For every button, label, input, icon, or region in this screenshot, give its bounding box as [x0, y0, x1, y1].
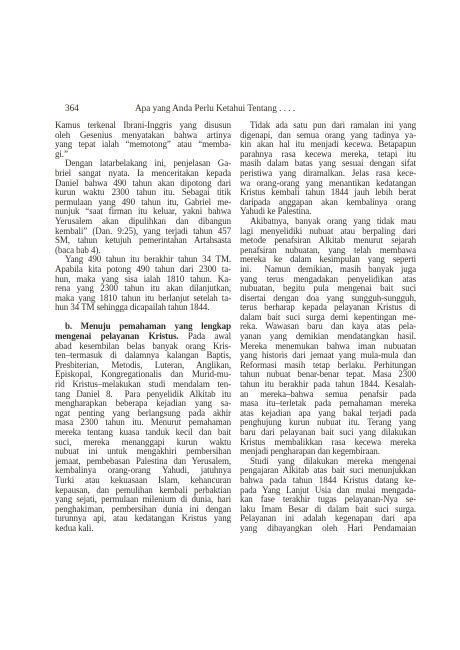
- page-header: 364Apa yang Anda Perlu Ketahui Tentang .…: [65, 103, 415, 114]
- book-page: 364Apa yang Anda Perlu Ketahui Tentang .…: [0, 0, 460, 650]
- text-line: ten–termasuk di dalamnya kalangan Baptis…: [55, 351, 231, 361]
- text-line: kepausan, dan pemulihan kembali perbakti…: [55, 486, 231, 496]
- text-line: Episkopal, Kongregationalis dan Murid-mu…: [55, 370, 231, 380]
- text-line: Yahudi ke Palestina.46: [240, 207, 416, 217]
- text-line: dalam bait suci surga demi kepentingan m…: [240, 313, 416, 323]
- text-line: kedua kali.45: [55, 524, 231, 534]
- text-line: (baca bab 4).42: [55, 246, 231, 256]
- text-line: SM, tahun ketujuh pemerintahan Artahsast…: [55, 236, 231, 246]
- page-number: 364: [65, 103, 135, 114]
- text-line: Mereka menemukan bahwa iman nubuatan: [240, 342, 416, 352]
- text-line: briel sangat nyata. Ia menceritakan kepa…: [55, 169, 231, 179]
- text-line: Kristus kembali tahun 1844 jauh lebih be…: [240, 188, 416, 198]
- text-line: mereka ke dalam kesimpulan yang seperti: [240, 255, 416, 265]
- text-line: Studi yang dilakukan mereka mengenai: [240, 457, 416, 467]
- paragraph: Tidak ada satu pun dari ramalan ini yang…: [240, 121, 416, 217]
- text-line: ini.47 Namun demikian, masih banyak juga: [240, 265, 416, 275]
- text-line: masih dalam batas yang sesuai dengan sif…: [240, 159, 416, 169]
- text-line: yang tepat ialah “memotong” atau “memba-: [55, 140, 231, 150]
- text-line: Pelayanan ini adalah kegenapan dari apa: [240, 514, 416, 524]
- text-line: hun, maka yang sisa ialah 1810 tahun. Ka…: [55, 275, 231, 285]
- text-line: hun 34 TM sehingga dicapailah tahun 1844…: [55, 303, 231, 313]
- left-column: Kamus terkenal Ibrani-Inggris yang disus…: [55, 121, 231, 534]
- text-line: kembalinya orang-orang Yahudi, jatuhnya: [55, 466, 231, 476]
- text-line: yang sejati, permulaan milenium di dunia…: [55, 495, 231, 505]
- paragraph: b. Menuju pemahaman yang lengkapmengenai…: [55, 322, 231, 533]
- text-line: kan fase terakhir tugas pelayanan-Nya se…: [240, 495, 416, 505]
- text-line: yang dibayangkan oleh Hari Pendamaian: [240, 524, 416, 534]
- text-line: masa 2300 tahun itu. Menurut pemahaman: [55, 418, 231, 428]
- text-line: yang historis dari jemaat yang mula-mula…: [240, 351, 416, 361]
- text-columns: Kamus terkenal Ibrani-Inggris yang disus…: [55, 121, 416, 534]
- text-line: lagi menyelidiki nubuat atau berpaling d…: [240, 227, 416, 237]
- text-line: nubuatan, begitu pula mengenai bait suci: [240, 284, 416, 294]
- text-line: pada Yang Lanjut Usia dan mulai mengada-: [240, 486, 416, 496]
- text-line: Yang 490 tahun itu berakhir tahun 34 TM.: [55, 255, 231, 265]
- paragraph: Studi yang dilakukan mereka mengenaipeng…: [240, 457, 416, 534]
- text-line: peristiwa yang diramalkan. Jelas rasa ke…: [240, 169, 416, 179]
- text-line: rid Kristus–melakukan studi mendalam ten…: [55, 380, 231, 390]
- text-line: permulaan yang 490 tahun itu, Gabriel me…: [55, 198, 231, 208]
- paragraph: Yang 490 tahun itu berakhir tahun 34 TM.…: [55, 255, 231, 313]
- text-line: laku Imam Besar di dalam bait suci surga…: [240, 505, 416, 515]
- text-line: maka yang 1810 tahun itu berlanjut setel…: [55, 294, 231, 304]
- text-line: Reformasi masih tetap berlaku. Perhitung…: [240, 361, 416, 371]
- text-line: baru dari pelayanan bait suci yang dilak…: [240, 428, 416, 438]
- text-line: mengenai pelayanan Kristus. Pada awal: [55, 332, 231, 342]
- text-line: penghujung kurun nubuat itu. Terang yang: [240, 418, 416, 428]
- text-line: an mereka–bahwa semua penafsir pada: [240, 390, 416, 400]
- text-line: nubuat ini untuk mengakhiri pembersihan: [55, 447, 231, 457]
- text-line: Kristus membalikkan rasa kecewa mereka: [240, 438, 416, 448]
- text-line: atas kejadian apa yang bakal terjadi pad…: [240, 409, 416, 419]
- right-column: Tidak ada satu pun dari ramalan ini yang…: [240, 121, 416, 534]
- text-line: tahun nubuat benar-benar tepat. Masa 230…: [240, 370, 416, 380]
- text-line: Dengan latarbelakang ini, penjelasan Ga-: [55, 159, 231, 169]
- text-line: menjadi pengharapan dan kegembiraan.48: [240, 447, 416, 457]
- running-title: Apa yang Anda Perlu Ketahui Tentang . . …: [135, 103, 295, 114]
- text-line: tang Daniel 8.44 Para penyelidik Alkitab…: [55, 390, 231, 400]
- text-line: rena yang 2300 tahun itu akan dilanjutka…: [55, 284, 231, 294]
- text-line: yanan yang demikian mendatangkan hasil.: [240, 332, 416, 342]
- text-line: Tidak ada satu pun dari ramalan ini yang: [240, 121, 416, 131]
- text-line: masa itu–terletak pada pemahaman mereka: [240, 399, 416, 409]
- paragraph: Akibatnya, banyak orang yang tidak maula…: [240, 217, 416, 457]
- text-line: Turki atau kekuasaan Islam, kehancuran: [55, 476, 231, 486]
- text-line: daripada anggapan akan kembalinya orang: [240, 198, 416, 208]
- text-line: tahun itu berakhir pada tahun 1844. Kesa…: [240, 380, 416, 390]
- text-line: Apabila kita potong 490 tahun dari 2300 …: [55, 265, 231, 275]
- text-line: gi.” 41: [55, 150, 231, 160]
- text-line: wa orang-orang yang menantikan kedatanga…: [240, 179, 416, 189]
- text-line: ngat penting yang berlangsung pada akhir: [55, 409, 231, 419]
- text-line: bahwa pada tahun 1844 Kristus datang ke-: [240, 476, 416, 486]
- paragraph: Dengan latarbelakang ini, penjelasan Ga-…: [55, 159, 231, 255]
- text-line: pengajaran Alkitab atas bait suci menunj…: [240, 466, 416, 476]
- text-line: mereka tentang kuasa tanduk kecil dan ba…: [55, 428, 231, 438]
- text-line: penafsiran nubuatan, yang telah membawa: [240, 246, 416, 256]
- text-line: Presbiterian, Metodis, Luteran, Anglikan…: [55, 361, 231, 371]
- text-line: abad kesembilan belas banyak orang Kris-: [55, 342, 231, 352]
- text-line: mengharapkan beberapa kejadian yang sa-: [55, 399, 231, 409]
- text-line: kurun waktu 2300 tahun itu. Sebagai titi…: [55, 188, 231, 198]
- text-line: Yerusalem akan dipulihkan dan dibangun: [55, 217, 231, 227]
- text-line: nunjuk “saat firman itu keluar, yakni ba…: [55, 207, 231, 217]
- text-line: suci, mereka menanggapi kurun waktu: [55, 438, 231, 448]
- text-line: terus berharap kepada pelayanan Kristus …: [240, 303, 416, 313]
- text-line: oleh Gesenius menyatakan bahwa artinya: [55, 131, 231, 141]
- text-line: b. Menuju pemahaman yang lengkap: [55, 322, 231, 332]
- text-line: metode penafsiran Alkitab menurut sejara…: [240, 236, 416, 246]
- text-line: reka. Wawasan baru dan kaya atas pela-: [240, 322, 416, 332]
- text-line: digenapi, dan semua orang yang tadinya y…: [240, 131, 416, 141]
- text-line: Kamus terkenal Ibrani-Inggris yang disus…: [55, 121, 231, 131]
- text-line: disertai dengan doa yang sungguh-sungguh…: [240, 294, 416, 304]
- text-line: kembali” (Dan. 9:25), yang terjadi tahun…: [55, 227, 231, 237]
- text-line: penghakiman, pembersihan dunia ini denga…: [55, 505, 231, 515]
- text-line: kin akan hal itu menjadi kecewa. Betapap…: [240, 140, 416, 150]
- text-line: jemaat, pembebasan Palestina dan Yerusal…: [55, 457, 231, 467]
- text-line: parahnya rasa kecewa mereka, tetapi itu: [240, 150, 416, 160]
- text-line: Akibatnya, banyak orang yang tidak mau: [240, 217, 416, 227]
- text-line: turunnya api, atau kedatangan Kristus ya…: [55, 514, 231, 524]
- text-line: yang terus mengadakan penyelidikan atas: [240, 275, 416, 285]
- text-line: Daniel bahwa 490 tahun akan dipotong dar…: [55, 179, 231, 189]
- paragraph: Kamus terkenal Ibrani-Inggris yang disus…: [55, 121, 231, 159]
